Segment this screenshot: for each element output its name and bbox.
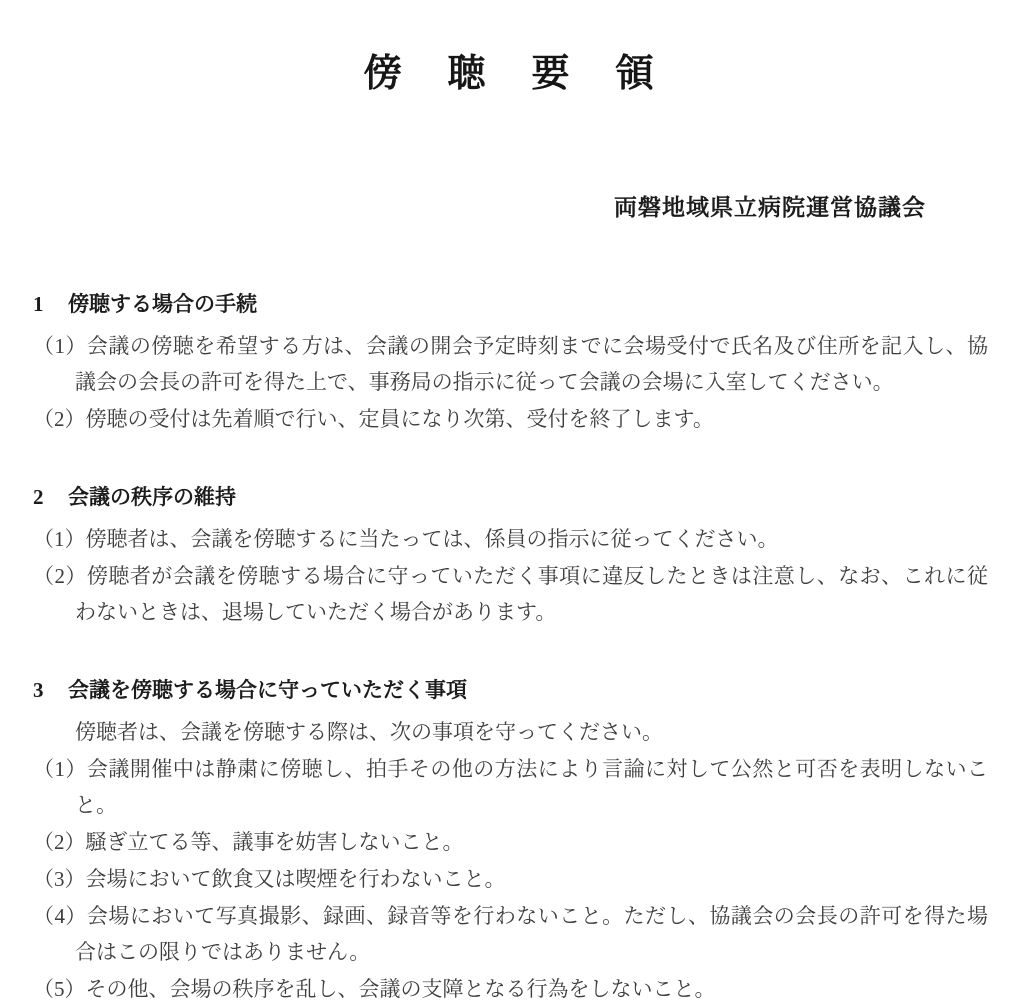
item-marker: （2） — [33, 407, 86, 431]
item-text: 傍聴の受付は先着順で行い、定員になり次第、受付を終了します。 — [86, 407, 714, 431]
list-item: （4）会場において写真撮影、録画、録音等を行わないこと。ただし、協議会の会長の許… — [33, 898, 988, 970]
item-marker: （1） — [33, 334, 87, 358]
item-text: 会議開催中は静粛に傍聴し、拍手その他の方法により言論に対して公然と可否を表明しな… — [75, 757, 988, 817]
section-number: 2 — [33, 479, 45, 515]
item-marker: （5） — [33, 977, 86, 1001]
section-heading: 1傍聴する場合の手続 — [33, 286, 988, 322]
item-marker: （1） — [33, 527, 86, 551]
section-intro: 傍聴者は、会議を傍聴する際は、次の事項を守ってください。 — [33, 714, 988, 750]
list-item: （1）傍聴者は、会議を傍聴するに当たっては、係員の指示に従ってください。 — [33, 521, 988, 557]
section-heading-text: 会議を傍聴する場合に守っていただく事項 — [68, 678, 467, 702]
list-item: （2）傍聴の受付は先着順で行い、定員になり次第、受付を終了します。 — [33, 401, 988, 437]
section-rules: 3会議を傍聴する場合に守っていただく事項 傍聴者は、会議を傍聴する際は、次の事項… — [33, 672, 988, 1007]
item-text: その他、会場の秩序を乱し、会議の支障となる行為をしないこと。 — [86, 977, 716, 1001]
item-text: 騒ぎ立てる等、議事を妨害しないこと。 — [86, 830, 464, 854]
list-item: （1）会議の傍聴を希望する方は、会議の開会予定時刻までに会場受付で氏名及び住所を… — [33, 328, 988, 400]
item-text: 会場において写真撮影、録画、録音等を行わないこと。ただし、協議会の会長の許可を得… — [75, 904, 988, 964]
section-heading-text: 傍聴する場合の手続 — [68, 292, 257, 316]
item-text: 傍聴者は、会議を傍聴するに当たっては、係員の指示に従ってください。 — [86, 527, 779, 551]
section-heading: 2会議の秩序の維持 — [33, 479, 988, 515]
section-procedure: 1傍聴する場合の手続 （1）会議の傍聴を希望する方は、会議の開会予定時刻までに会… — [33, 286, 988, 437]
list-item: （2）騒ぎ立てる等、議事を妨害しないこと。 — [33, 824, 988, 860]
item-text: 会場において飲食又は喫煙を行わないこと。 — [86, 867, 506, 891]
section-number: 1 — [33, 286, 45, 322]
list-item: （1）会議開催中は静粛に傍聴し、拍手その他の方法により言論に対して公然と可否を表… — [33, 751, 988, 823]
item-marker: （3） — [33, 867, 86, 891]
list-item: （5）その他、会場の秩序を乱し、会議の支障となる行為をしないこと。 — [33, 971, 988, 1007]
item-marker: （1） — [33, 757, 87, 781]
section-heading: 3会議を傍聴する場合に守っていただく事項 — [33, 672, 988, 708]
item-text: 傍聴者が会議を傍聴する場合に守っていただく事項に違反したときは注意し、なお、これ… — [75, 564, 988, 624]
section-heading-text: 会議の秩序の維持 — [68, 485, 236, 509]
item-marker: （2） — [33, 564, 87, 588]
list-item: （3）会場において飲食又は喫煙を行わないこと。 — [33, 861, 988, 897]
item-text: 会議の傍聴を希望する方は、会議の開会予定時刻までに会場受付で氏名及び住所を記入し… — [75, 334, 988, 394]
section-number: 3 — [33, 672, 45, 708]
section-order: 2会議の秩序の維持 （1）傍聴者は、会議を傍聴するに当たっては、係員の指示に従っ… — [33, 479, 988, 630]
document-page: 傍 聴 要 領 両磐地域県立病院運営協議会 1傍聴する場合の手続 （1）会議の傍… — [0, 0, 1024, 1008]
organization-name: 両磐地域県立病院運営協議会 — [33, 189, 988, 222]
item-marker: （4） — [33, 904, 87, 928]
list-item: （2）傍聴者が会議を傍聴する場合に守っていただく事項に違反したときは注意し、なお… — [33, 558, 988, 630]
item-marker: （2） — [33, 830, 86, 854]
document-title: 傍 聴 要 領 — [33, 36, 988, 97]
